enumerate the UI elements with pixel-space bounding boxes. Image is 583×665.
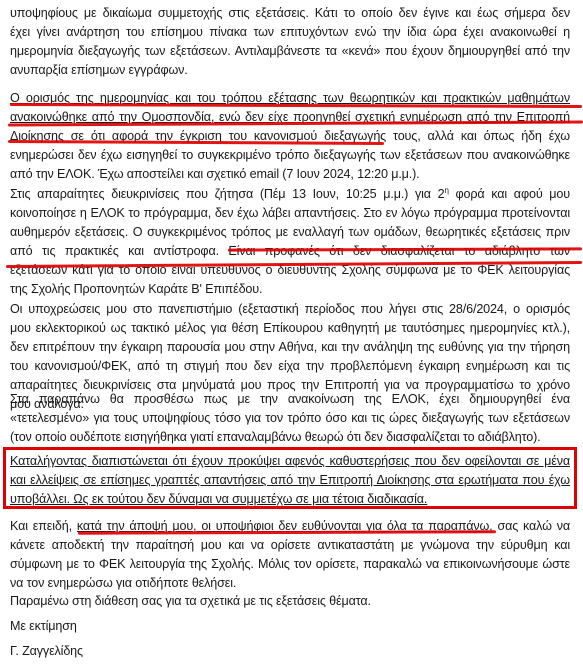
text-line: να τον ενημερώσω για οτιδήποτε θελήσει.: [10, 574, 570, 593]
text-line: σύμφωνη με το ΦΕΚ λειτουργία της Σχολής.…: [10, 555, 570, 574]
text-line: Με εκτίμηση: [10, 617, 570, 636]
text-line: «τετελεσμένο» για τους υποψηφίους τόσο γ…: [10, 409, 570, 428]
signature-name: Γ. Ζαγγελίδης: [10, 642, 570, 661]
text-line: Στις απαραίτητες διευκρινίσεις που ζήτησ…: [10, 185, 570, 204]
text-line: Παραμένω στη διάθεση σας για τα σχετικά …: [10, 592, 570, 611]
text-line: δεν επιτρέπουν την έγκαιρη παρουσία μου …: [10, 338, 570, 357]
text-line: της Σχολής Προπονητών Καράτε Β' Επιπέδου…: [10, 280, 570, 299]
text-fragment: σας καλώ να: [493, 519, 570, 533]
paragraph-resignation-request: Και επειδή, κατά την άποψή μου, οι υποψή…: [10, 517, 570, 593]
text-line: ημερομηνία διεξαγωγής των εξετάσεων. Αντ…: [10, 42, 570, 61]
text-line: ενημερώσει δεν έχω εισηγηθεί το συγκεκρι…: [10, 146, 570, 165]
text-fragment: Και επειδή,: [10, 519, 77, 533]
paragraph-clarifications-requested: Στις απαραίτητες διευκρινίσεις που ζήτησ…: [10, 185, 570, 299]
text-line-underlined: υποβάλλει. Ως εκ τούτου δεν δύναμαι να σ…: [10, 490, 570, 509]
paragraph-missing-results-list: υποψηφίους με δικαίωμα συμμετοχής στις ε…: [10, 4, 570, 80]
text-line: κάνετε αποδεκτή την παραίτησή μου και να…: [10, 536, 570, 555]
text-line: από την ΕΛΟΚ. Έχω αποστείλει και σχετικό…: [10, 165, 570, 184]
text-line: μου εκλεκτορικού ως τακτικό μέλος για θέ…: [10, 319, 570, 338]
text-line: κοινοποίησε η ΕΛΟΚ το πρόγραμμα, δεν έχω…: [10, 204, 570, 223]
text-line: έχει γίνει ανάρτηση του επίσημου πίνακα …: [10, 23, 570, 42]
text-line-underlined: και ελλείψεις σε επίσημες γραπτές απαντή…: [10, 471, 570, 490]
text-fragment: φορά και αφού μου: [449, 187, 570, 201]
text-line: Στα παραπάνω θα προσθέσω πως με την ανακ…: [10, 390, 570, 409]
paragraph-conclusion: Καταλήγοντας διαπιστώνεται ότι έχουν προ…: [10, 452, 570, 509]
text-line: (τον οποίο ουδέποτε εισηγήθηκα γιατί επα…: [10, 428, 570, 447]
closing-salutation: Με εκτίμηση: [10, 617, 570, 636]
paragraph-availability: Παραμένω στη διάθεση σας για τα σχετικά …: [10, 592, 570, 611]
text-line: Γ. Ζαγγελίδης: [10, 642, 570, 661]
text-line-underlined: Καταλήγοντας διαπιστώνεται ότι έχουν προ…: [10, 452, 570, 471]
document-page: υποψηφίους με δικαίωμα συμμετοχής στις ε…: [0, 0, 583, 665]
text-line: ανυπαρξία επίσημων εγγράφων.: [10, 61, 570, 80]
text-line: Οι υποχρεώσεις μου στο πανεπιστήμιο (εξε…: [10, 300, 570, 319]
text-line: από τις πρακτικές και αντίστροφα. Είναι …: [10, 242, 570, 261]
text-line: του κανονισμού/ΦΕΚ, από τη στιγμή που δε…: [10, 357, 570, 376]
text-line: αυθημερόν εξετάσεις. Ο συγκεκριμένος τρό…: [10, 223, 570, 242]
paragraph-fait-accompli: Στα παραπάνω θα προσθέσω πως με την ανακ…: [10, 390, 570, 447]
text-line: υποψηφίους με δικαίωμα συμμετοχής στις ε…: [10, 4, 570, 23]
text-fragment: Στις απαραίτητες διευκρινίσεις που ζήτησ…: [10, 187, 444, 201]
